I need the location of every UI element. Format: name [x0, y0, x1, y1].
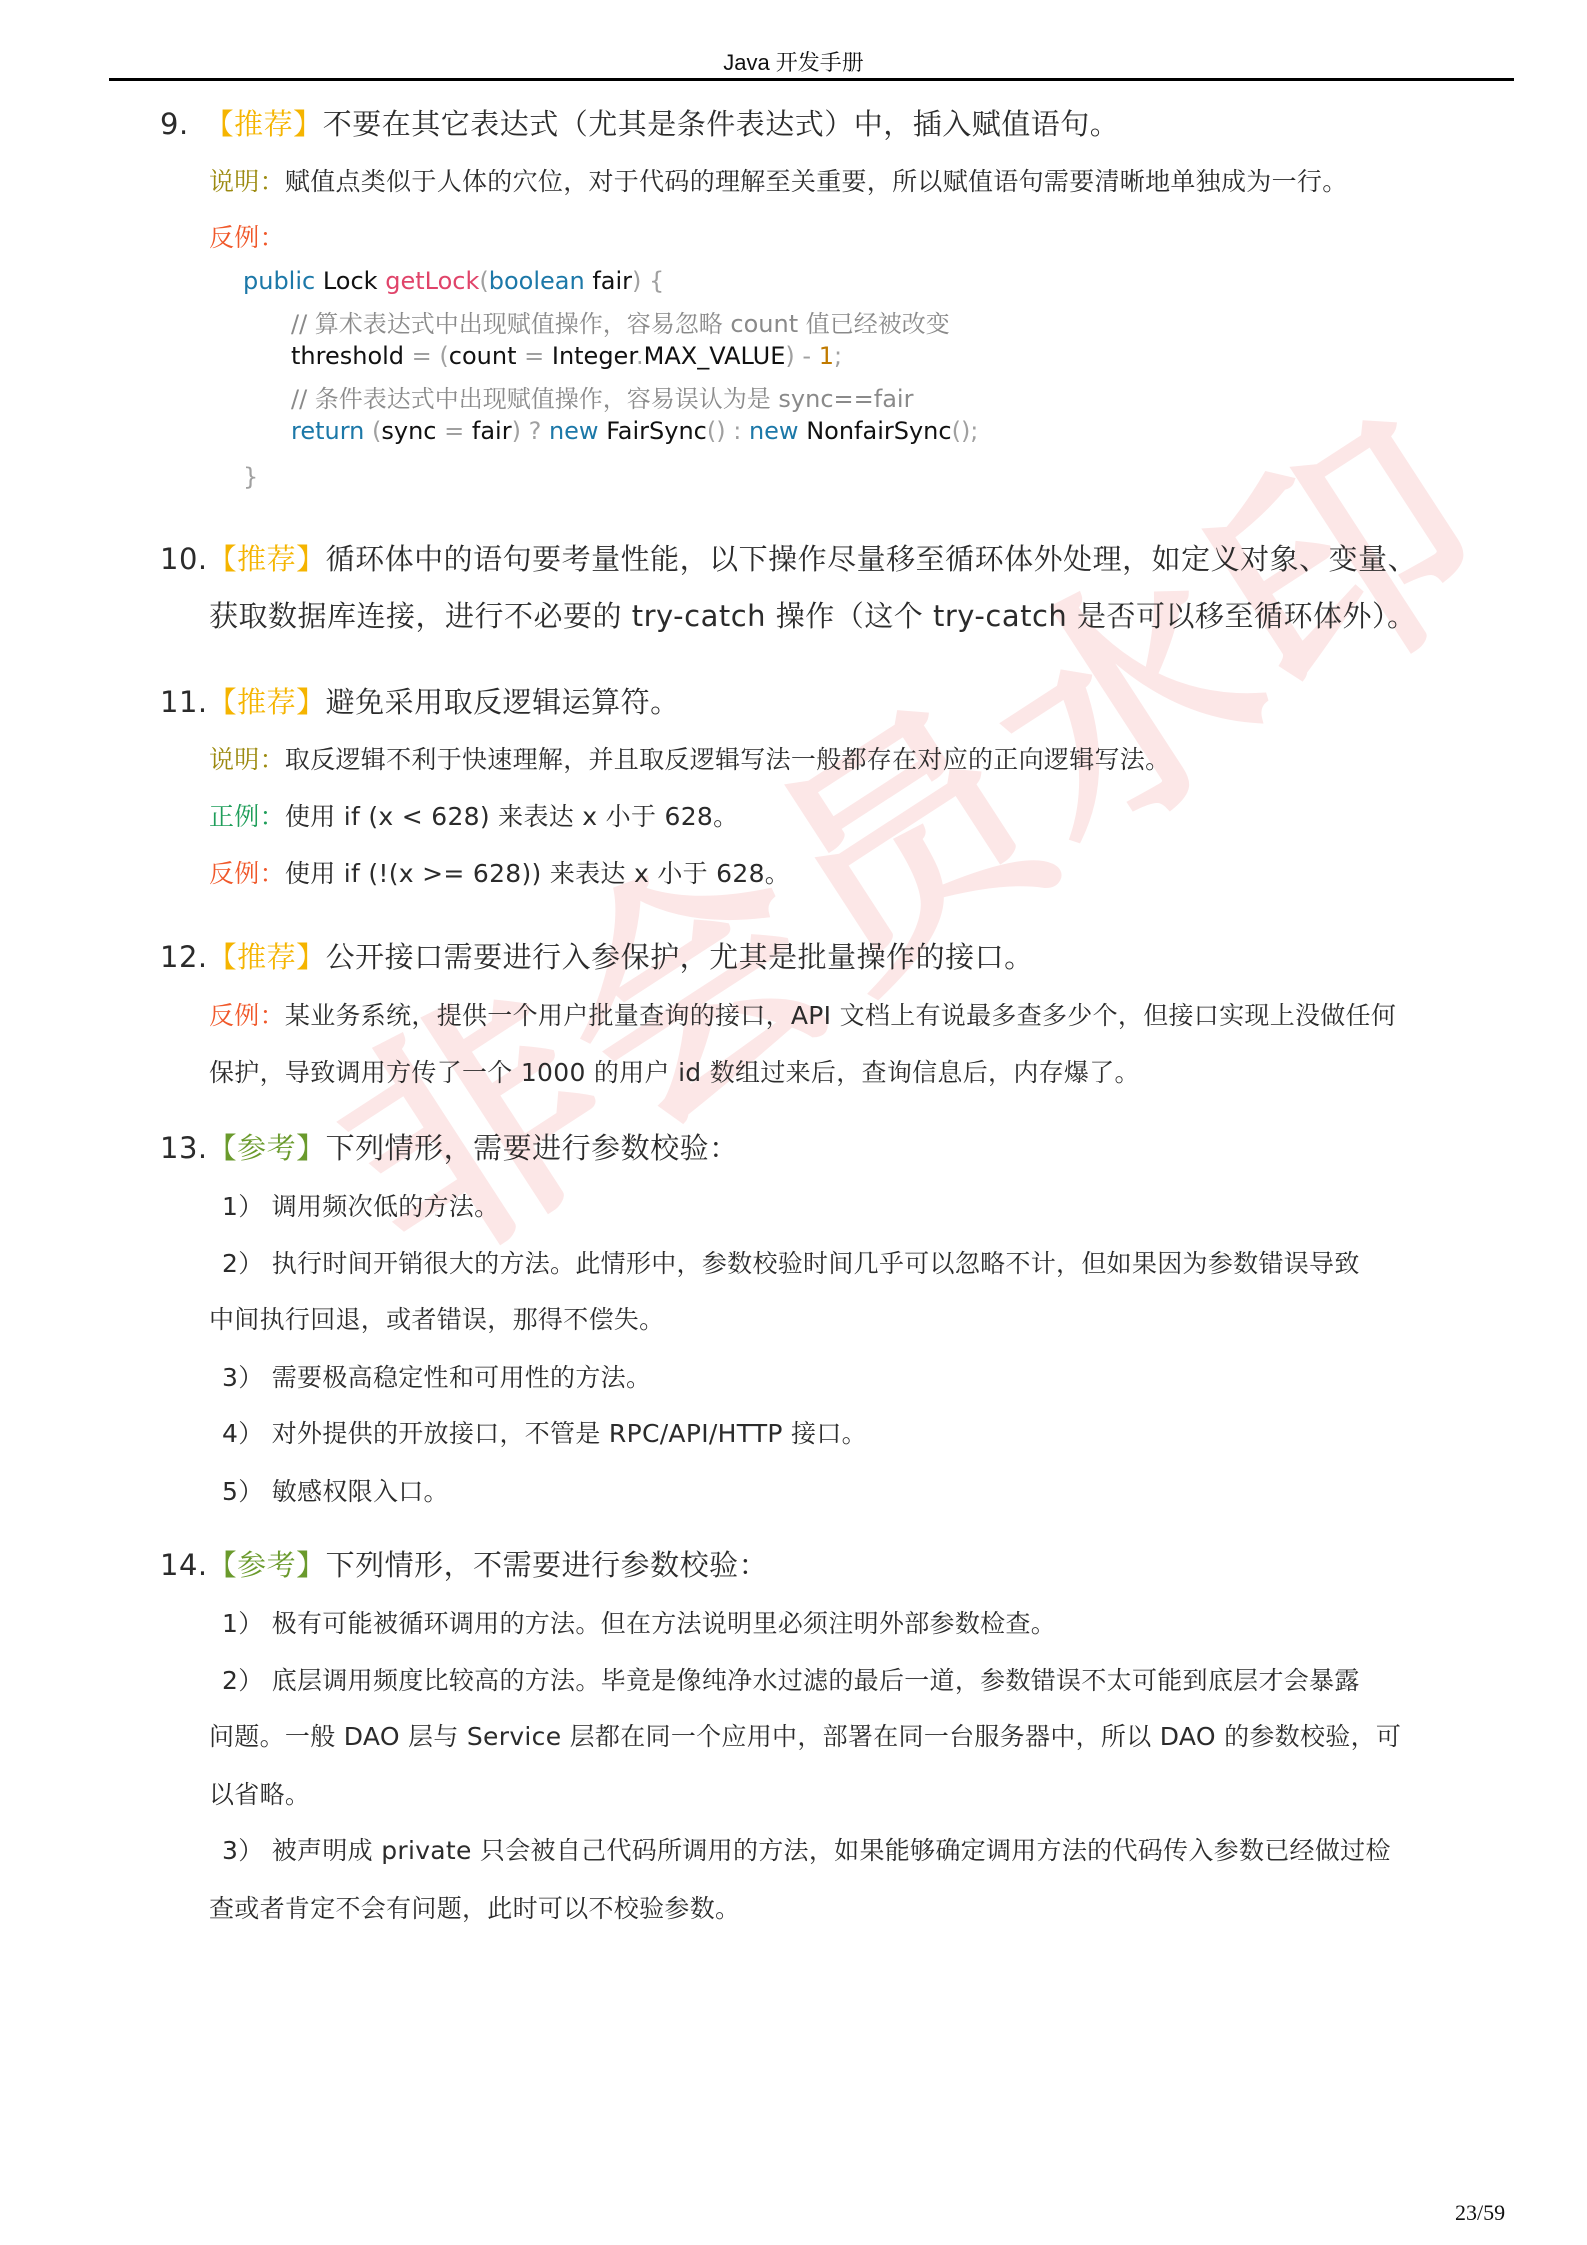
code-punct: (); — [952, 417, 979, 445]
code-punct: = ( — [412, 342, 449, 370]
tag-reference: 【参考】 — [208, 1548, 326, 1582]
list-item: 1） 调用频次低的方法。 — [222, 1187, 499, 1223]
code-type: Lock — [323, 267, 385, 295]
header-divider — [109, 78, 1514, 81]
code-number: 1 — [819, 342, 834, 370]
note-label: 说明： — [209, 745, 285, 774]
code-line-2-comment: // 算术表达式中出现赋值操作，容易忽略 count 值已经被改变 — [291, 304, 950, 339]
list-item: 2） 底层调用频度比较高的方法。毕竟是像纯净水过滤的最后一道，参数错误不太可能到… — [222, 1661, 1360, 1697]
code-keyword: new — [749, 417, 806, 445]
code-punct: ; — [834, 342, 842, 370]
tag-recommend: 【推荐】 — [208, 940, 326, 974]
code-line-6-brace: } — [243, 463, 258, 491]
code-punct: ) { — [632, 267, 664, 295]
code-identifier: sync — [381, 417, 444, 445]
rule-title: 避免采用取反逻辑运算符。 — [326, 685, 680, 719]
note-text: 赋值点类似于人体的穴位，对于代码的理解至关重要，所以赋值语句需要清晰地单独成为一… — [285, 167, 1348, 196]
list-item: 2） 执行时间开销很大的方法。此情形中，参数校验时间几乎可以忽略不计，但如果因为… — [222, 1244, 1360, 1280]
code-punct: ) - — [785, 342, 818, 370]
tag-recommend: 【推荐】 — [208, 685, 326, 719]
counter-example-line: 反例：某业务系统，提供一个用户批量查询的接口，API 文档上有说最多查多少个，但… — [209, 996, 1396, 1032]
note-label: 说明： — [209, 167, 285, 196]
note-text: 取反逻辑不利于快速理解，并且取反逻辑写法一般都存在对应的正向逻辑写法。 — [285, 745, 1171, 774]
list-item-continued: 问题。一般 DAO 层与 Service 层都在同一个应用中，部署在同一台服务器… — [209, 1717, 1401, 1753]
code-line-3: threshold = (count = Integer.MAX_VALUE) … — [291, 342, 842, 370]
rule-number: 9. — [160, 107, 189, 141]
counter-example-label: 反例： — [209, 859, 285, 888]
note-line: 说明：取反逻辑不利于快速理解，并且取反逻辑写法一般都存在对应的正向逻辑写法。 — [209, 740, 1170, 776]
tag-recommend: 【推荐】 — [205, 107, 323, 141]
rule-number: 13. — [160, 1131, 208, 1165]
code-line-5: return (sync = fair) ? new FairSync() : … — [291, 417, 978, 445]
rule-heading-12: 12.【推荐】公开接口需要进行入参保护，尤其是批量操作的接口。 — [160, 935, 1034, 976]
code-punct: = — [524, 342, 552, 370]
counter-example-label-line: 反例： — [209, 218, 285, 254]
good-example-text: 使用 if (x < 628) 来表达 x 小于 628。 — [285, 802, 739, 831]
rule-heading-14: 14.【参考】下列情形，不需要进行参数校验： — [160, 1543, 768, 1584]
code-punct: ( — [372, 417, 381, 445]
note-line: 说明：赋值点类似于人体的穴位，对于代码的理解至关重要，所以赋值语句需要清晰地单独… — [209, 162, 1348, 198]
code-keyword: boolean — [489, 267, 593, 295]
code-identifier: FairSync — [606, 417, 707, 445]
tag-recommend: 【推荐】 — [208, 542, 326, 576]
rule-heading-9: 9.【推荐】不要在其它表达式（尤其是条件表达式）中，插入赋值语句。 — [160, 102, 1119, 143]
list-item-continued: 查或者肯定不会有问题，此时可以不校验参数。 — [209, 1889, 740, 1925]
list-item: 1） 极有可能被循环调用的方法。但在方法说明里必须注明外部参数检查。 — [222, 1604, 1056, 1640]
rule-number: 11. — [160, 685, 208, 719]
code-method-name: getLock — [385, 267, 479, 295]
page-header-title: Java 开发手册 — [0, 46, 1587, 77]
rule-title: 循环体中的语句要考量性能，以下操作尽量移至循环体外处理，如定义对象、变量、 — [326, 542, 1418, 576]
code-line-1: public Lock getLock(boolean fair) { — [243, 267, 664, 295]
code-identifier: Integer — [552, 342, 636, 370]
list-item-continued: 中间执行回退，或者错误，那得不偿失。 — [209, 1300, 664, 1336]
code-punct: () : — [707, 417, 749, 445]
code-keyword: return — [291, 417, 372, 445]
code-identifier: count — [449, 342, 524, 370]
rule-heading-10: 10.【推荐】循环体中的语句要考量性能，以下操作尽量移至循环体外处理，如定义对象… — [160, 537, 1417, 578]
rule-number: 12. — [160, 940, 208, 974]
page-number: 23/59 — [1455, 2200, 1505, 2226]
rule-number: 14. — [160, 1548, 208, 1582]
list-item: 5） 敏感权限入口。 — [222, 1472, 449, 1508]
rule-title: 不要在其它表达式（尤其是条件表达式）中，插入赋值语句。 — [323, 107, 1120, 141]
list-item: 3） 需要极高稳定性和可用性的方法。 — [222, 1358, 651, 1394]
code-punct: ( — [479, 267, 488, 295]
rule-title-continued: 获取数据库连接，进行不必要的 try-catch 操作（这个 try-catch… — [209, 594, 1417, 635]
code-punct: ) ? — [512, 417, 549, 445]
code-identifier: NonfairSync — [806, 417, 951, 445]
counter-example-label: 反例： — [209, 1001, 285, 1030]
code-punct: . — [636, 342, 644, 370]
code-line-4-comment: // 条件表达式中出现赋值操作，容易误认为是 sync==fair — [291, 379, 913, 414]
rule-heading-11: 11.【推荐】避免采用取反逻辑运算符。 — [160, 680, 680, 721]
counter-example-label: 反例： — [209, 223, 285, 252]
tag-reference: 【参考】 — [208, 1131, 326, 1165]
code-identifier: threshold — [291, 342, 412, 370]
counter-example-text: 某业务系统，提供一个用户批量查询的接口，API 文档上有说最多查多少个，但接口实… — [285, 1001, 1396, 1030]
counter-example-line: 反例：使用 if (!(x >= 628)) 来表达 x 小于 628。 — [209, 854, 790, 890]
list-item: 3） 被声明成 private 只会被自己代码所调用的方法，如果能够确定调用方法… — [222, 1831, 1391, 1867]
good-example-line: 正例：使用 if (x < 628) 来表达 x 小于 628。 — [209, 797, 738, 833]
counter-example-continued: 保护，导致调用方传了一个 1000 的用户 id 数组过来后，查询信息后，内存爆… — [209, 1053, 1140, 1089]
rule-title: 公开接口需要进行入参保护，尤其是批量操作的接口。 — [326, 940, 1034, 974]
rule-heading-13: 13.【参考】下列情形，需要进行参数校验： — [160, 1126, 739, 1167]
code-identifier: MAX_VALUE — [644, 342, 786, 370]
code-identifier: fair — [592, 267, 632, 295]
rule-title: 下列情形，需要进行参数校验： — [326, 1131, 739, 1165]
list-item: 4） 对外提供的开放接口，不管是 RPC/API/HTTP 接口。 — [222, 1414, 867, 1450]
counter-example-text: 使用 if (!(x >= 628)) 来表达 x 小于 628。 — [285, 859, 790, 888]
code-keyword: new — [549, 417, 606, 445]
code-identifier: fair — [472, 417, 512, 445]
list-item-continued: 以省略。 — [209, 1775, 310, 1811]
code-keyword: public — [243, 267, 323, 295]
good-example-label: 正例： — [209, 802, 285, 831]
rule-title: 下列情形，不需要进行参数校验： — [326, 1548, 769, 1582]
rule-number: 10. — [160, 542, 208, 576]
code-punct: = — [444, 417, 472, 445]
